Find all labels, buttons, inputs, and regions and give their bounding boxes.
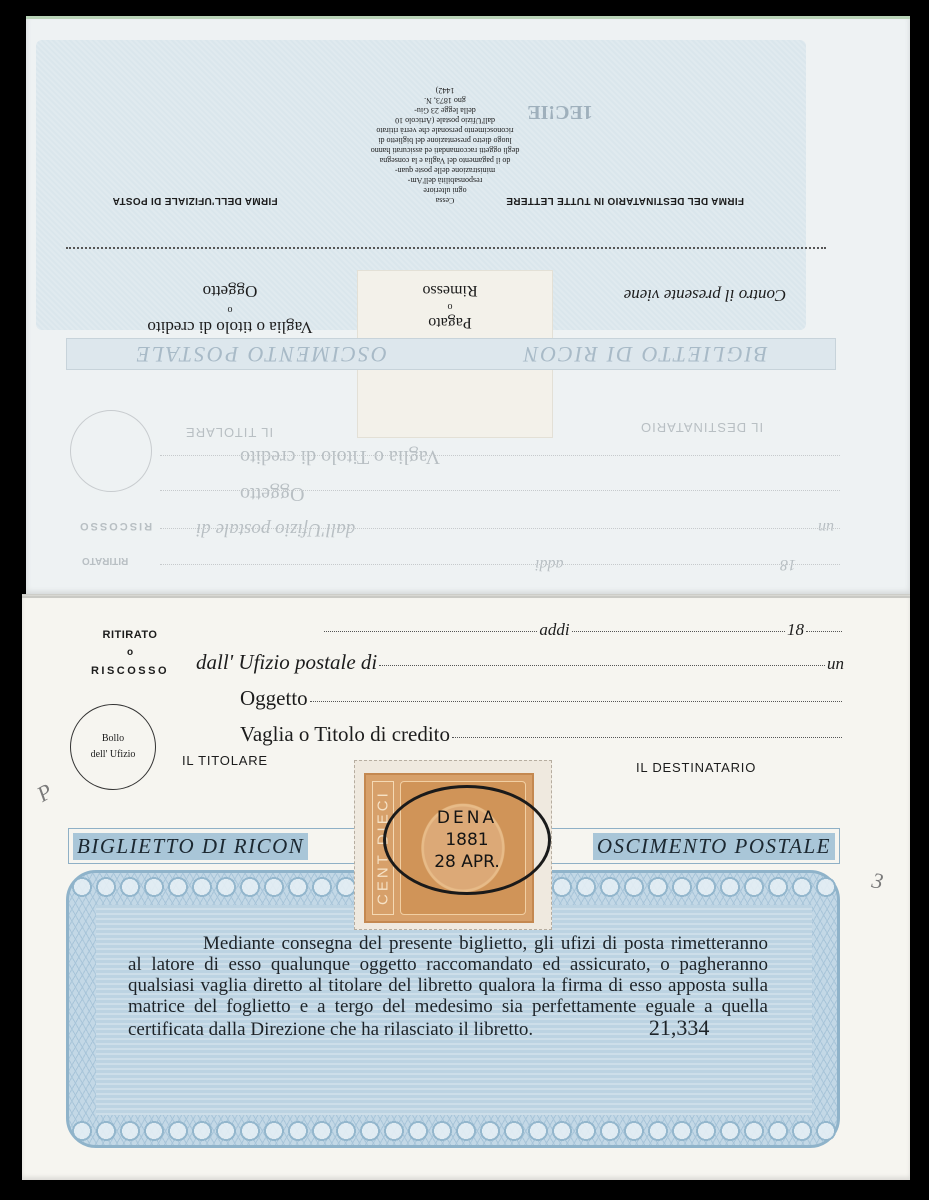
ufizio-row: dall' Ufizio postale di un: [196, 650, 844, 675]
top-contro-text: Contro il presente viene: [590, 285, 820, 305]
vaglia-row: Vaglia o Titolo di credito: [240, 722, 844, 747]
addi-label: addi: [539, 620, 569, 640]
top-ghost-destinatario: IL DESTINATARIO: [640, 420, 763, 435]
titolare-label: IL TITOLARE: [182, 753, 268, 768]
lace-scallop-bottom: [70, 1120, 836, 1142]
top-ghost-number: 1EC!IE: [520, 100, 600, 123]
ufizio-label: dall' Ufizio postale di: [196, 650, 377, 675]
postmark-date: 28 APR.: [434, 851, 500, 873]
top-ghost-oggetto: Oggetto: [240, 482, 304, 505]
postmark-place: DENA: [437, 807, 497, 829]
ritirato-riscosso-label: RITIRATO o RISCOSSO: [80, 626, 180, 680]
place-field[interactable]: [324, 631, 537, 632]
top-bollo-ghost: [70, 410, 152, 492]
oval-postmark: DENA 1881 28 APR.: [383, 785, 551, 895]
oggetto-label: Oggetto: [240, 686, 308, 711]
notice-paragraph: Mediante consegna del presente biglietto…: [128, 933, 768, 1040]
postmark-year: 1881: [445, 829, 488, 851]
top-ghost-vaglia: Vaglia o Titolo di credito: [240, 445, 440, 468]
top-ghost-ritirato: RITIRATO: [82, 555, 128, 566]
vaglia-label: Vaglia o Titolo di credito: [240, 722, 450, 747]
ufizio-field[interactable]: [379, 665, 825, 666]
top-vaglia-block: Vaglia o titolo di credito o Oggetto: [130, 282, 330, 336]
un-label: un: [827, 654, 844, 674]
top-ghost-un: un: [818, 518, 834, 536]
title-right: OSCIMENTO POSTALE: [593, 833, 835, 860]
destinatario-label: IL DESTINATARIO: [636, 760, 756, 775]
top-title-ghost: BIGLIETTO DI RICON OSCIMENTO POSTALE: [66, 338, 836, 370]
top-dotted-divider: [66, 247, 826, 249]
top-pagato-block: Pagato o Rimesso: [360, 282, 540, 330]
top-ghost-titolare: IL TITOLARE: [185, 425, 273, 440]
bollo-ufizio-circle: Bollo dell' Ufizio: [70, 704, 156, 790]
top-ghost-riscosso: RISCOSSO: [78, 520, 152, 532]
year-label: 18: [787, 620, 804, 640]
oggetto-row: Oggetto: [240, 686, 844, 711]
vaglia-field[interactable]: [452, 737, 842, 738]
background-edge: [910, 0, 929, 1200]
title-left: BIGLIETTO DI RICON: [73, 833, 308, 860]
year-field[interactable]: [806, 631, 842, 632]
top-signature-ufiziale: FIRMA DELL'UFIZIALE DI POSTA: [95, 195, 295, 206]
top-ghost-ufizio: dall'Ufizio postale di: [196, 518, 355, 540]
date-field[interactable]: [572, 631, 785, 632]
oggetto-field[interactable]: [310, 701, 842, 702]
date-row: addi 18: [322, 620, 844, 640]
serial-number: 21,334: [574, 1017, 710, 1038]
